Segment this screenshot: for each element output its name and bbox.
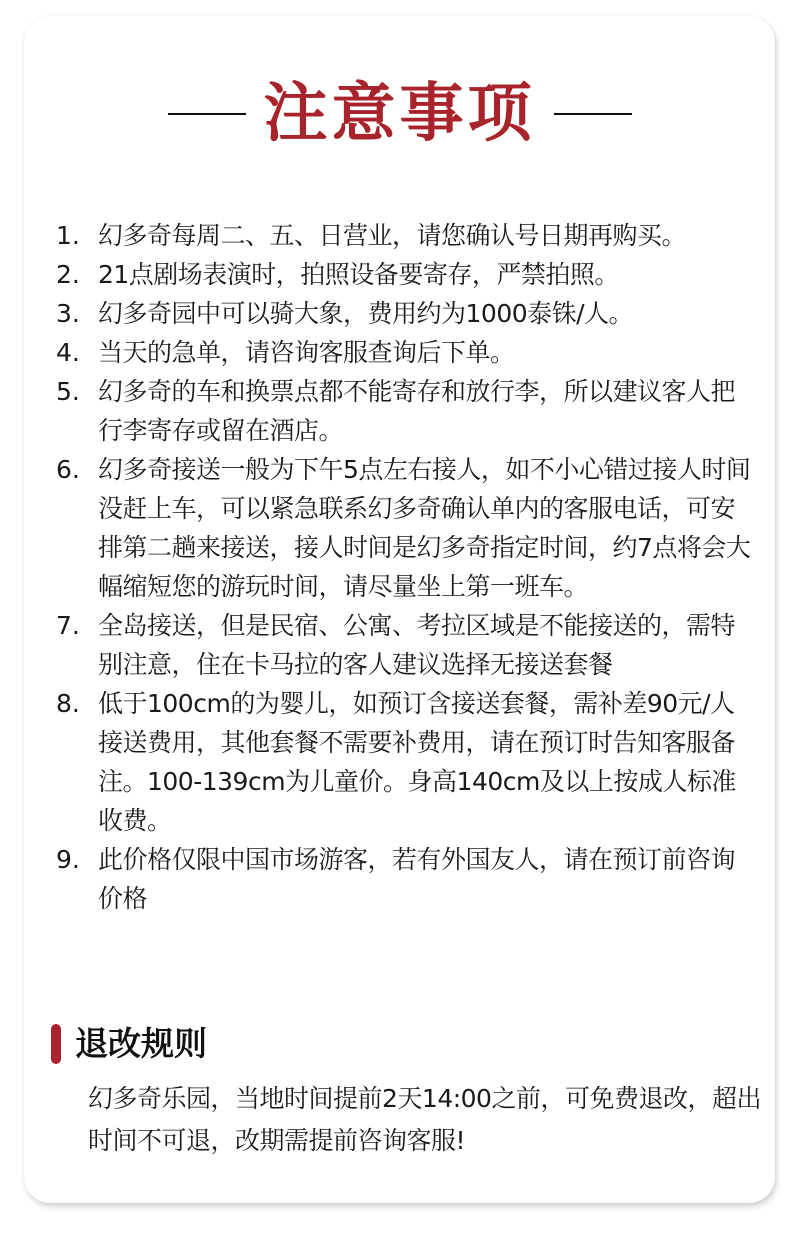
refund-policy-text: 幻多奇乐园，当地时间提前2天14:00之前，可免费退改，超出时间不可退，改期需提… — [88, 1078, 778, 1162]
item-text: 21点剧场表演时，拍照设备要寄存，严禁拍照。 — [98, 255, 756, 294]
item-text: 低于100cm的为婴儿，如预订含接送套餐，需补差90元/人接送费用，其他套餐不需… — [98, 684, 756, 840]
notes-list: 1. 幻多奇每周二、五、日营业，请您确认号日期再购买。 2. 21点剧场表演时，… — [56, 216, 756, 918]
list-item: 7. 全岛接送，但是民宿、公寓、考拉区域是不能接送的，需特别注意，住在卡马拉的客… — [56, 606, 756, 684]
list-item: 2. 21点剧场表演时，拍照设备要寄存，严禁拍照。 — [56, 255, 756, 294]
item-text: 幻多奇接送一般为下午5点左右接人，如不小心错过接人时间没赶上车，可以紧急联系幻多… — [98, 450, 756, 606]
page-title: 注意事项 — [264, 82, 536, 146]
list-item: 9. 此价格仅限中国市场游客，若有外国友人，请在预订前咨询价格 — [56, 840, 756, 918]
item-number: 4. — [56, 333, 98, 372]
item-text: 当天的急单，请咨询客服查询后下单。 — [98, 333, 756, 372]
list-item: 3. 幻多奇园中可以骑大象，费用约为1000泰铢/人。 — [56, 294, 756, 333]
title-left-divider — [168, 113, 246, 115]
item-number: 7. — [56, 606, 98, 684]
refund-section-header: 退改规则 — [51, 1024, 207, 1064]
item-number: 1. — [56, 216, 98, 255]
title-right-divider — [554, 113, 632, 115]
list-item: 6. 幻多奇接送一般为下午5点左右接人，如不小心错过接人时间没赶上车，可以紧急联… — [56, 450, 756, 606]
item-text: 幻多奇的车和换票点都不能寄存和放行李，所以建议客人把行李寄存或留在酒店。 — [98, 372, 756, 450]
item-text: 幻多奇每周二、五、日营业，请您确认号日期再购买。 — [98, 216, 756, 255]
item-number: 9. — [56, 840, 98, 918]
notice-card: 注意事项 1. 幻多奇每周二、五、日营业，请您确认号日期再购买。 2. 21点剧… — [24, 16, 775, 1203]
list-item: 4. 当天的急单，请咨询客服查询后下单。 — [56, 333, 756, 372]
title-row: 注意事项 — [24, 64, 775, 164]
section-accent-bar — [51, 1024, 61, 1064]
list-item: 5. 幻多奇的车和换票点都不能寄存和放行李，所以建议客人把行李寄存或留在酒店。 — [56, 372, 756, 450]
item-text: 幻多奇园中可以骑大象，费用约为1000泰铢/人。 — [98, 294, 756, 333]
list-item: 8. 低于100cm的为婴儿，如预订含接送套餐，需补差90元/人接送费用，其他套… — [56, 684, 756, 840]
list-item: 1. 幻多奇每周二、五、日营业，请您确认号日期再购买。 — [56, 216, 756, 255]
item-number: 8. — [56, 684, 98, 840]
item-number: 2. — [56, 255, 98, 294]
item-number: 3. — [56, 294, 98, 333]
refund-section-title: 退改规则 — [75, 1024, 207, 1064]
item-number: 6. — [56, 450, 98, 606]
item-text: 此价格仅限中国市场游客，若有外国友人，请在预订前咨询价格 — [98, 840, 756, 918]
item-text: 全岛接送，但是民宿、公寓、考拉区域是不能接送的，需特别注意，住在卡马拉的客人建议… — [98, 606, 756, 684]
item-number: 5. — [56, 372, 98, 450]
